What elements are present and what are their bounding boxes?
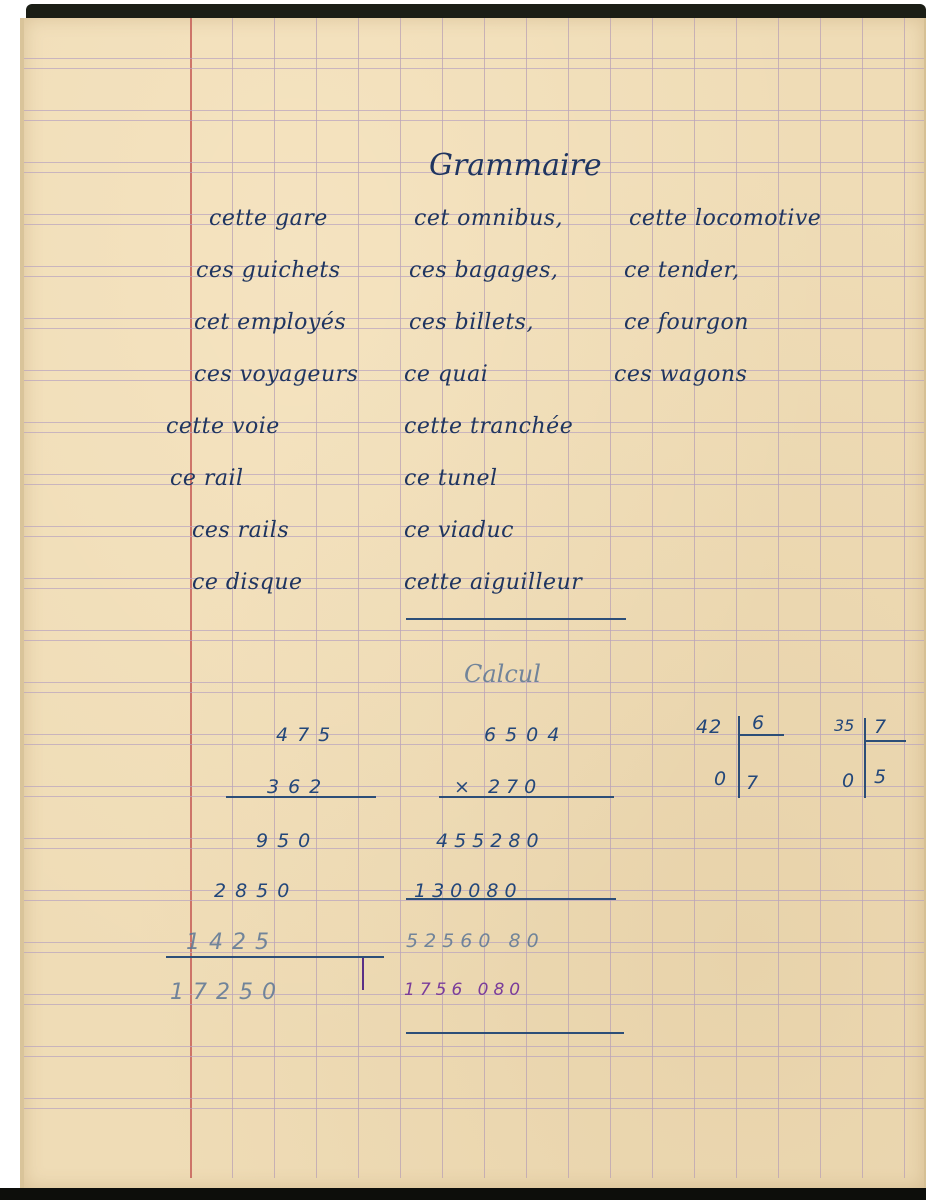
grid-horizontal-line [24, 1004, 924, 1005]
grid-horizontal-line [24, 1098, 924, 1099]
grid-horizontal-line [24, 1046, 924, 1047]
division-bar [864, 718, 866, 798]
word: ce rail [170, 466, 244, 491]
grammaire-title: Grammaire [429, 148, 602, 183]
grid-horizontal-line [24, 630, 924, 631]
word: cet employés [194, 310, 346, 335]
partial: 1425 [186, 930, 278, 955]
remainder: 0 [714, 768, 735, 790]
grid-horizontal-line [24, 110, 924, 111]
quotient: 5 [874, 766, 895, 788]
word: ce quai [404, 362, 488, 387]
remainder: 0 [842, 770, 863, 792]
word: cette locomotive [629, 206, 821, 231]
operand: 475 [276, 724, 339, 746]
divisor: 7 [874, 716, 895, 738]
operation-line [406, 1032, 624, 1034]
grid-horizontal-line [24, 744, 924, 745]
word: ce tender, [624, 258, 740, 283]
multiplier: × 270 [454, 776, 542, 798]
word: cette gare [209, 206, 328, 231]
word: ce tunel [404, 466, 498, 491]
word: ces billets, [409, 310, 534, 335]
grid-horizontal-line [24, 640, 924, 641]
grid-horizontal-line [24, 734, 924, 735]
result: 1756 080 [404, 980, 525, 1000]
operation-line [166, 956, 384, 958]
word: ces voyageurs [194, 362, 358, 387]
word: cette aiguilleur [404, 570, 582, 595]
calcul-title: Calcul [464, 660, 541, 688]
grid-horizontal-line [24, 120, 924, 121]
dividend: 42 [696, 716, 722, 738]
result-bracket [362, 958, 364, 990]
grid-horizontal-line [24, 692, 924, 693]
operand: 362 [267, 776, 330, 798]
grid-horizontal-line [24, 68, 924, 69]
divisor: 6 [752, 712, 773, 734]
operation-line [406, 898, 616, 900]
word: ces wagons [614, 362, 747, 387]
word: ces guichets [196, 258, 341, 283]
division-bar [738, 716, 740, 798]
word: cette voie [166, 414, 280, 439]
dividend: 35 [834, 716, 854, 735]
word: ce disque [192, 570, 303, 595]
word: ces rails [192, 518, 289, 543]
word: cet omnibus, [414, 206, 563, 231]
notebook-cover-bottom [0, 1188, 926, 1200]
section-divider [406, 618, 626, 620]
partial: 950 [256, 830, 319, 852]
partial: 52560 80 [406, 930, 545, 952]
operation-line [226, 796, 376, 798]
division-line [864, 740, 906, 742]
partial: 455280 [436, 830, 545, 852]
result: 17250 [170, 980, 285, 1005]
notebook-page: Grammaire cette gare ces guichets cet em… [20, 18, 926, 1188]
grid-horizontal-line [24, 1056, 924, 1057]
word: cette tranchée [404, 414, 573, 439]
grid-horizontal-line [24, 58, 924, 59]
grid-horizontal-line [24, 1108, 924, 1109]
word: ce viaduc [404, 518, 514, 543]
word: ces bagages, [409, 258, 558, 283]
operation-line [439, 796, 614, 798]
grid-horizontal-line [24, 952, 924, 953]
multiplicand: 6504 [484, 724, 568, 746]
partial: 2850 [214, 880, 298, 902]
division-line [738, 734, 784, 736]
quotient: 7 [746, 772, 767, 794]
word: ce fourgon [624, 310, 749, 335]
